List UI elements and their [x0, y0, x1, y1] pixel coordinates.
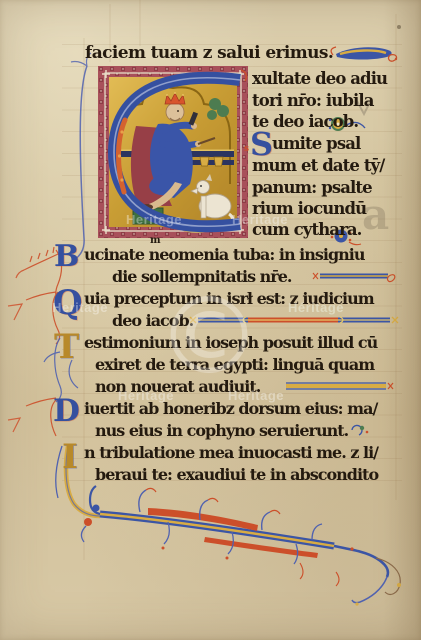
line-filler-icon — [331, 47, 397, 61]
psalm-text-line: mum et date tȳ/ — [252, 157, 384, 176]
psalm-text-line: faciem tuam z salui erimus. — [85, 44, 333, 64]
bar-filler-icon — [286, 383, 393, 389]
psalm-text-line: iuertit ab honeribz dorsum eius: ma/ — [84, 400, 377, 418]
initial-miniature — [98, 66, 248, 238]
psalm-text-line: rium iocundū — [252, 200, 366, 219]
psalm-text-line: cum cythara. — [252, 221, 362, 240]
bar-filler-icon — [313, 273, 395, 282]
psalm-text-line: beraui te: exaudiui te in abscondito — [95, 466, 378, 484]
psalm-text-line: die sollempnitatis nr̄e. — [112, 268, 291, 286]
sprig-ornament-icon — [352, 425, 368, 435]
historiated-initial-e — [98, 66, 248, 238]
left-margin-flourish — [71, 53, 91, 262]
bar-filler-icon — [190, 317, 398, 323]
psalm-text-line: tori nr̄o: iubila — [252, 92, 374, 111]
versal-initial-t: T — [54, 330, 79, 364]
psalm-text-line: deo iacob. — [112, 312, 193, 330]
versal-initial-i: I — [62, 440, 78, 474]
psalm-text-line: ucinate neomenia tuba: in insigniu — [84, 246, 365, 264]
psalm-text-line: xultate deo adiu — [252, 70, 387, 89]
psalm-text-line: panum: psalte — [252, 179, 372, 198]
psalm-text-line: estimonium in ioseph posuit illud cū — [84, 334, 377, 352]
psalm-text-line: umite psal — [272, 135, 360, 154]
ink-speck — [397, 25, 401, 29]
psalm-text-line: exiret de terra egypti: linguā quam — [95, 356, 374, 374]
versal-initial-d: D — [53, 396, 80, 427]
manuscript-page: faciem tuam z salui erimus. xultate deo … — [0, 0, 421, 640]
psalm-text-line: uia preceptum in isrł est: z iudicium — [84, 290, 374, 308]
guide-letter: s — [244, 144, 249, 154]
psalm-text-line: n tribulatione mea inuocasti me. z li/ — [84, 444, 378, 462]
psalm-text-line: non nouerat audiuit. — [95, 378, 260, 396]
versal-initial-b: B — [54, 242, 79, 272]
versal-initial-q: Q — [53, 286, 83, 320]
psalm-text-line: nus eius in cophyno seruierunt. — [95, 422, 348, 440]
